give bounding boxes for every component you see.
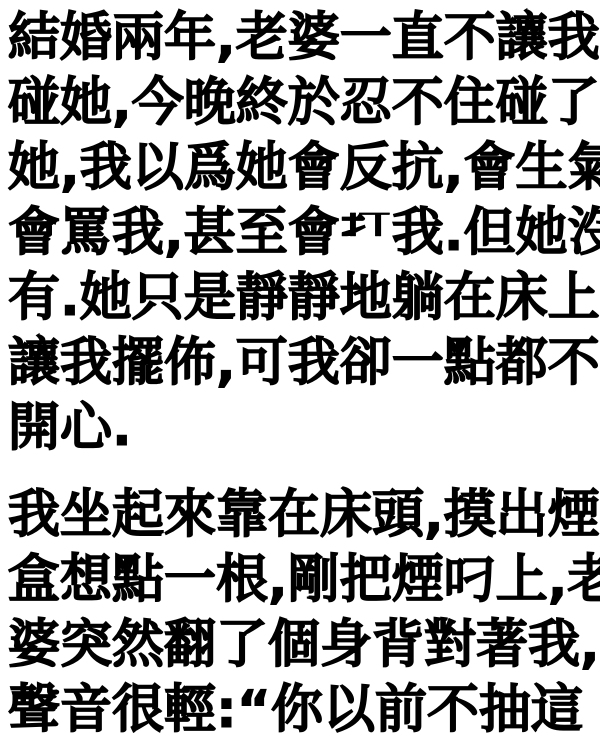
- story-line-9: 盒想點一根,剛把煙叼上,老: [8, 548, 600, 613]
- story-line-10: 婆突然翻了個身背對著我,: [8, 613, 600, 678]
- story-line-1: 結婚兩年,老婆一直不讓我: [8, 6, 600, 71]
- story-text-page: 結婚兩年,老婆一直不讓我 碰她,今晚終於忍不住碰了 她,我以爲她會反抗,會生氣 …: [0, 0, 600, 750]
- story-line-8: 我坐起來靠在床頭,摸出煙: [8, 483, 600, 548]
- story-line-7: 開心.: [8, 396, 600, 461]
- story-line-2: 碰她,今晚終於忍不住碰了: [8, 71, 600, 136]
- story-line-4-after: 我.但她沒: [392, 203, 600, 263]
- story-line-3: 她,我以爲她會反抗,會生氣: [8, 136, 600, 201]
- story-line-11: 聲音很輕:“你以前不抽這: [8, 678, 600, 743]
- story-paragraph-1: 結婚兩年,老婆一直不讓我 碰她,今晚終於忍不住碰了 她,我以爲她會反抗,會生氣 …: [8, 6, 600, 461]
- story-line-4: 會罵我,甚至會打我.但她沒: [8, 201, 600, 266]
- story-line-6: 讓我擺佈,可我卻一點都不: [8, 331, 600, 396]
- story-line-4-before: 會罵我,甚至會: [8, 203, 340, 263]
- censored-character: 打: [340, 201, 392, 266]
- story-paragraph-2: 我坐起來靠在床頭,摸出煙 盒想點一根,剛把煙叼上,老 婆突然翻了個身背對著我, …: [8, 483, 600, 743]
- story-line-5: 有.她只是靜靜地躺在床上,: [8, 266, 600, 331]
